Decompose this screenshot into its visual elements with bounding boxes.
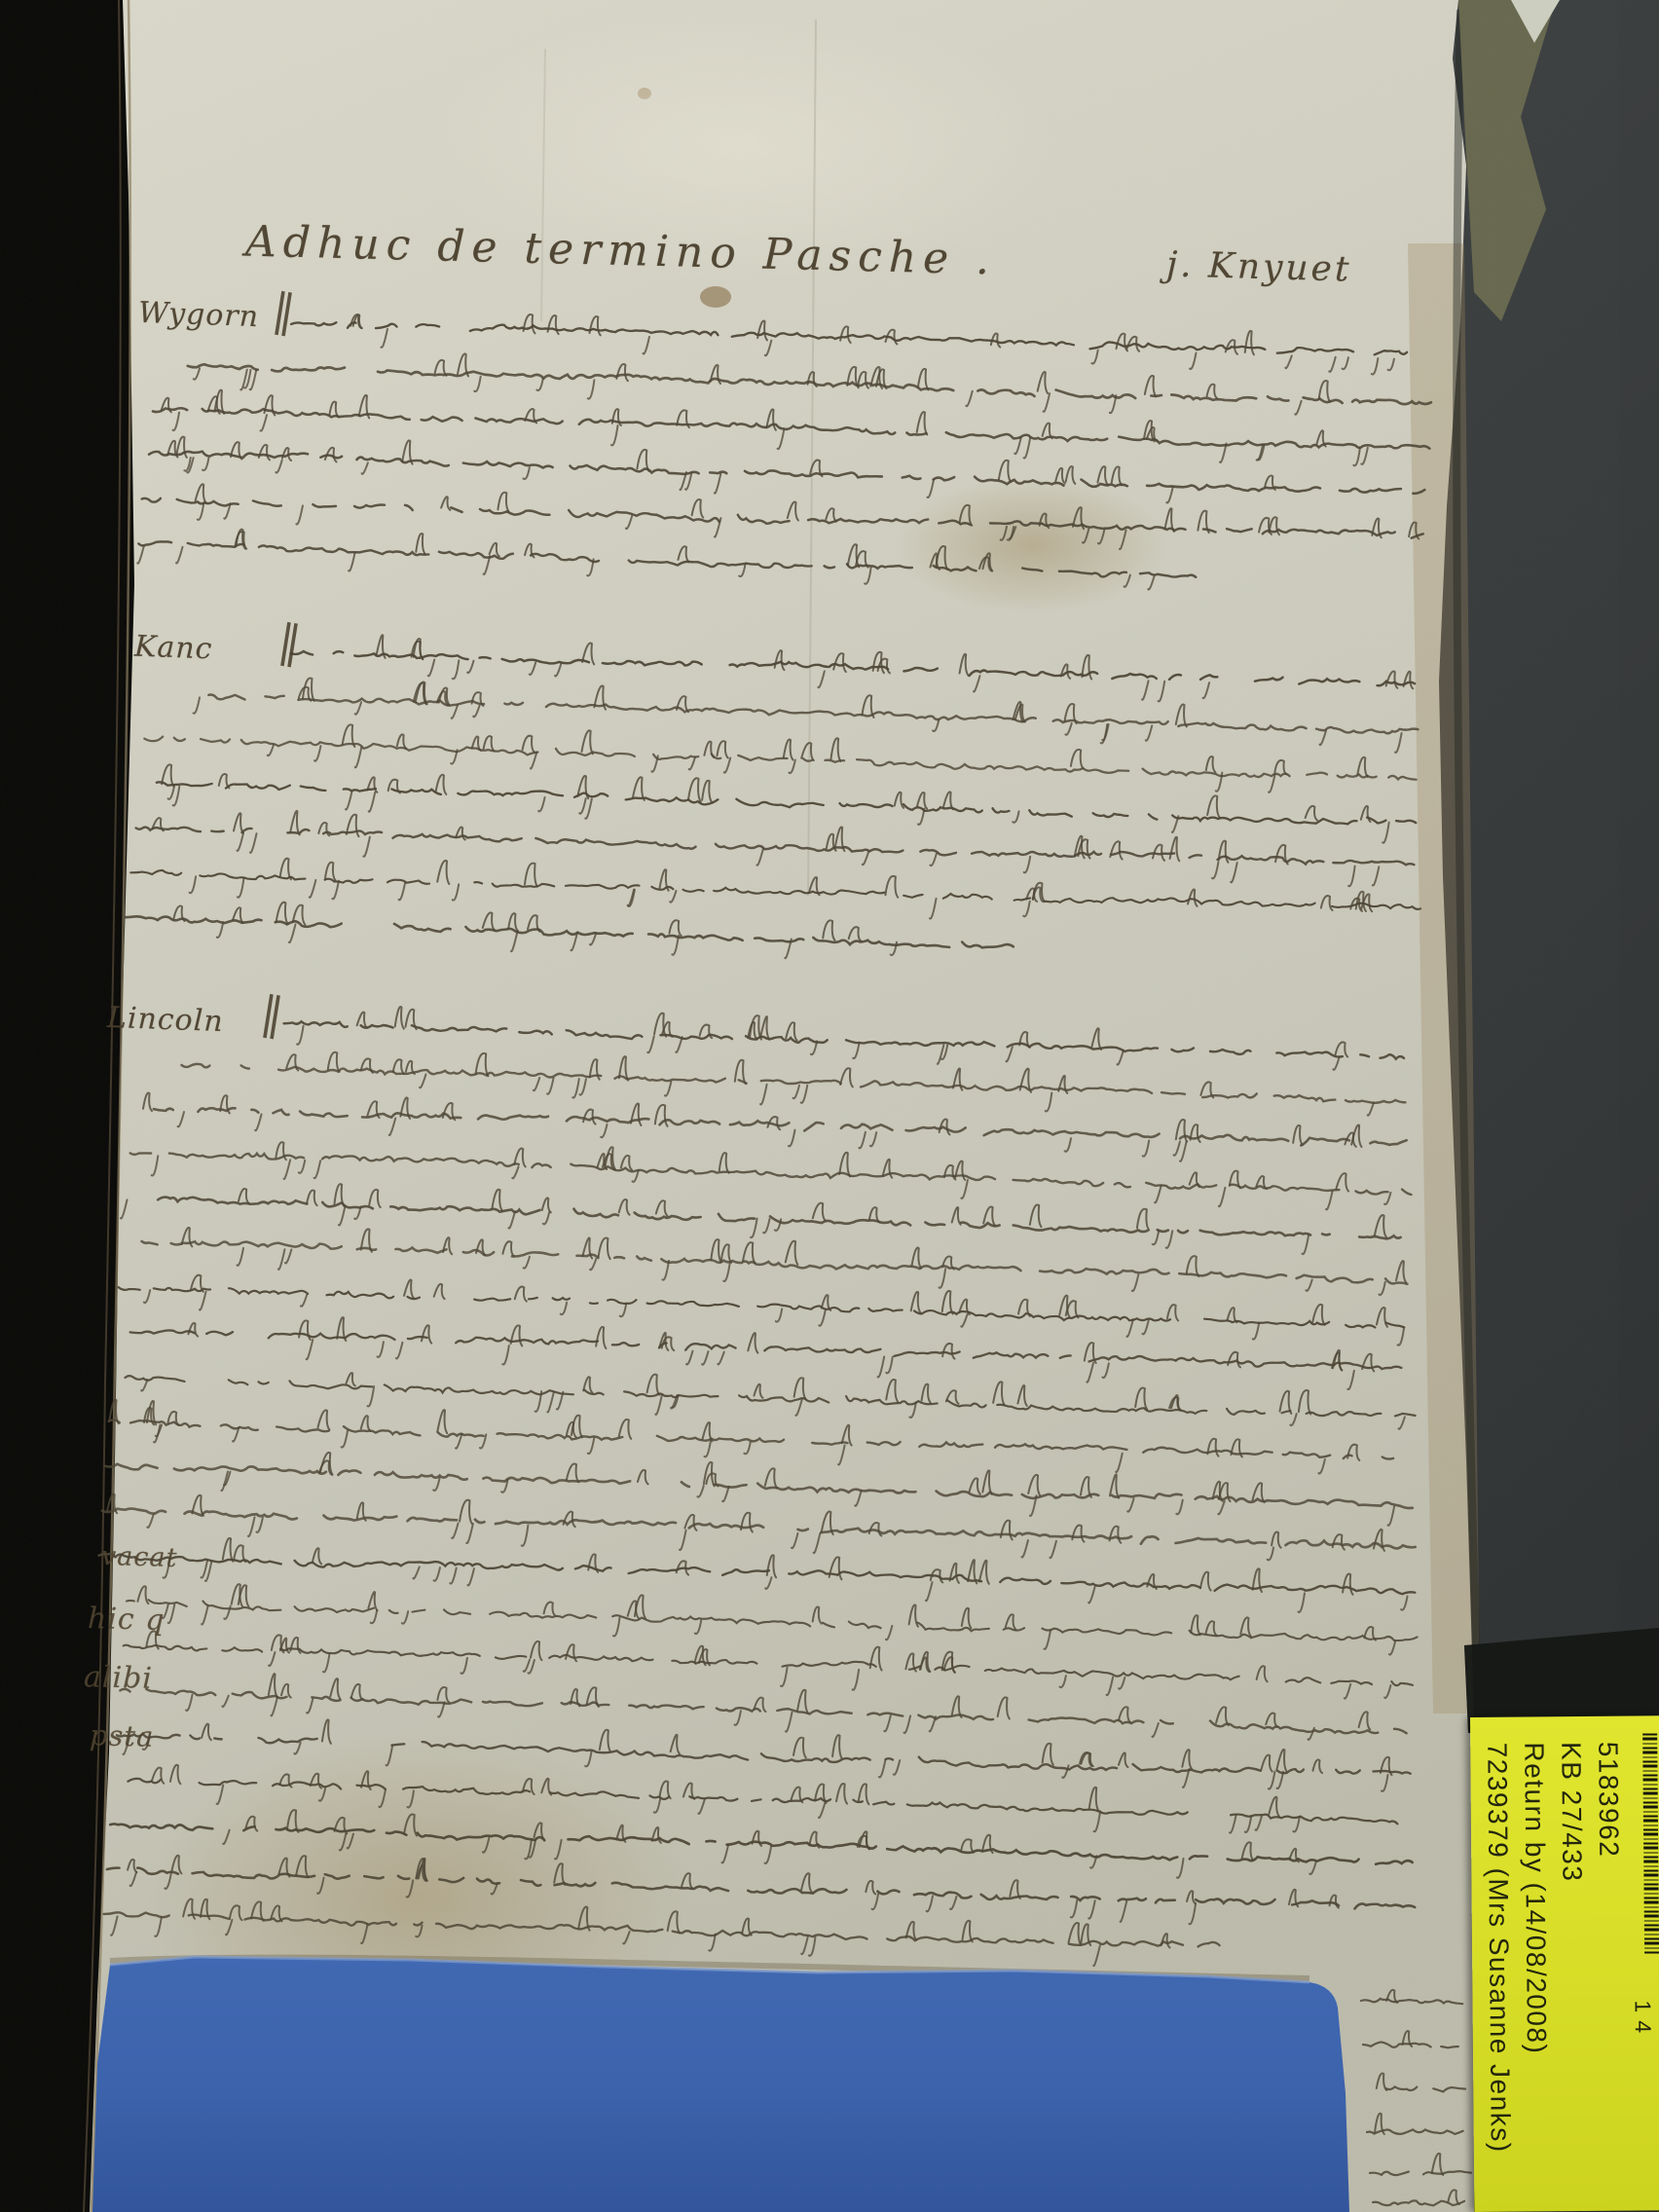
label-order-number: 5183962 <box>1589 1742 1630 2153</box>
label-rotated-text-block: 14 5183962 KB 27/433 Return by (14/08/20… <box>1470 1715 1659 2212</box>
margin-note-psta: psta <box>90 1718 155 1753</box>
margin-county-kanc: Kanc <box>133 630 213 667</box>
justice-signature: j. Knyuet <box>1165 244 1352 289</box>
barcode-icon <box>1642 1733 1659 1955</box>
blue-interleaf-paper <box>92 1957 1349 2212</box>
parchment-grain <box>88 0 1480 2212</box>
archive-request-label: 14 5183962 KB 27/433 Return by (14/08/20… <box>1470 1715 1659 2212</box>
margin-note-vacat: vacat <box>101 1541 178 1573</box>
label-document-reference: KB 27/433 <box>1552 1742 1593 2153</box>
label-requester: 7239379 (Mrs Susanne Jenks) <box>1478 1743 1519 2154</box>
margin-note-alibi: alibi <box>84 1660 154 1696</box>
margin-note-hic-q: hic q <box>88 1602 166 1638</box>
label-text-lines: 5183962 KB 27/433 Return by (14/08/2008)… <box>1478 1742 1630 2154</box>
label-return-by-date: Return by (14/08/2008) <box>1515 1742 1556 2153</box>
plea-roll-photo: Adhuc de termino Pasche . j. Knyuet ∥ ∥ … <box>0 0 1659 2212</box>
margin-county-wygorn: Wygorn <box>137 296 259 334</box>
label-page-number: 14 <box>1630 2000 1656 2041</box>
margin-county-lincoln: Lincoln <box>106 1001 224 1039</box>
